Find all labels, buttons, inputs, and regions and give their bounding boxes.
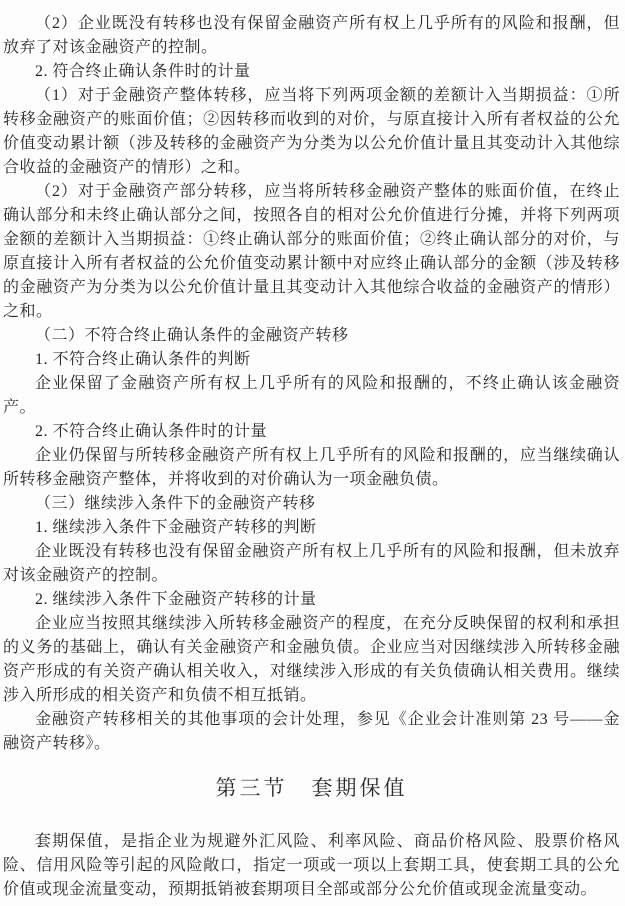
paragraph: 1. 不符合终止确认条件的判断	[3, 348, 620, 372]
paragraph: 2. 符合终止确认条件时的计量	[3, 60, 620, 84]
paragraph: 企业仍保留与所转移金融资产所有权上几乎所有的风险和报酬的，应当继续确认所转移金融…	[3, 444, 620, 492]
paragraph: 1. 继续涉入条件下金融资产转移的判断	[3, 516, 620, 540]
paragraph: （2）对于金融资产部分转移，应当将所转移金融资产整体的账面价值，在终止确认部分和…	[3, 180, 620, 324]
paragraph: （二）不符合终止确认条件的金融资产转移	[3, 324, 620, 348]
paragraph: （三）继续涉入条件下的金融资产转移	[3, 492, 620, 516]
paragraph: （1）对于金融资产整体转移，应当将下列两项金额的差额计入当期损益：①所转移金融资…	[3, 84, 620, 180]
paragraph: 套期保值，是指企业为规避外汇风险、利率风险、商品价格风险、股票价格风险、信用风险…	[3, 830, 620, 902]
section-heading: 第三节 套期保值	[3, 774, 620, 802]
paragraph: 企业应当按照其继续涉入所转移金融资产的程度，在充分反映保留的权利和承担的义务的基…	[3, 612, 620, 708]
document-page: （2）企业既没有转移也没有保留金融资产所有权上几乎所有的风险和报酬，但放弃了对该…	[0, 0, 625, 906]
paragraph: 企业既没有转移也没有保留金融资产所有权上几乎所有的风险和报酬，但未放弃对该金融资…	[3, 540, 620, 588]
paragraph: 2. 继续涉入条件下金融资产转移的计量	[3, 588, 620, 612]
paragraph: （2）企业既没有转移也没有保留金融资产所有权上几乎所有的风险和报酬，但放弃了对该…	[3, 12, 620, 60]
paragraph: 金融资产转移相关的其他事项的会计处理，参见《企业会计准则第 23 号——金融资产…	[3, 708, 620, 756]
paragraph: 企业保留了金融资产所有权上几乎所有的风险和报酬的，不终止确认该金融资产。	[3, 372, 620, 420]
paragraph: 2. 不符合终止确认条件时的计量	[3, 420, 620, 444]
